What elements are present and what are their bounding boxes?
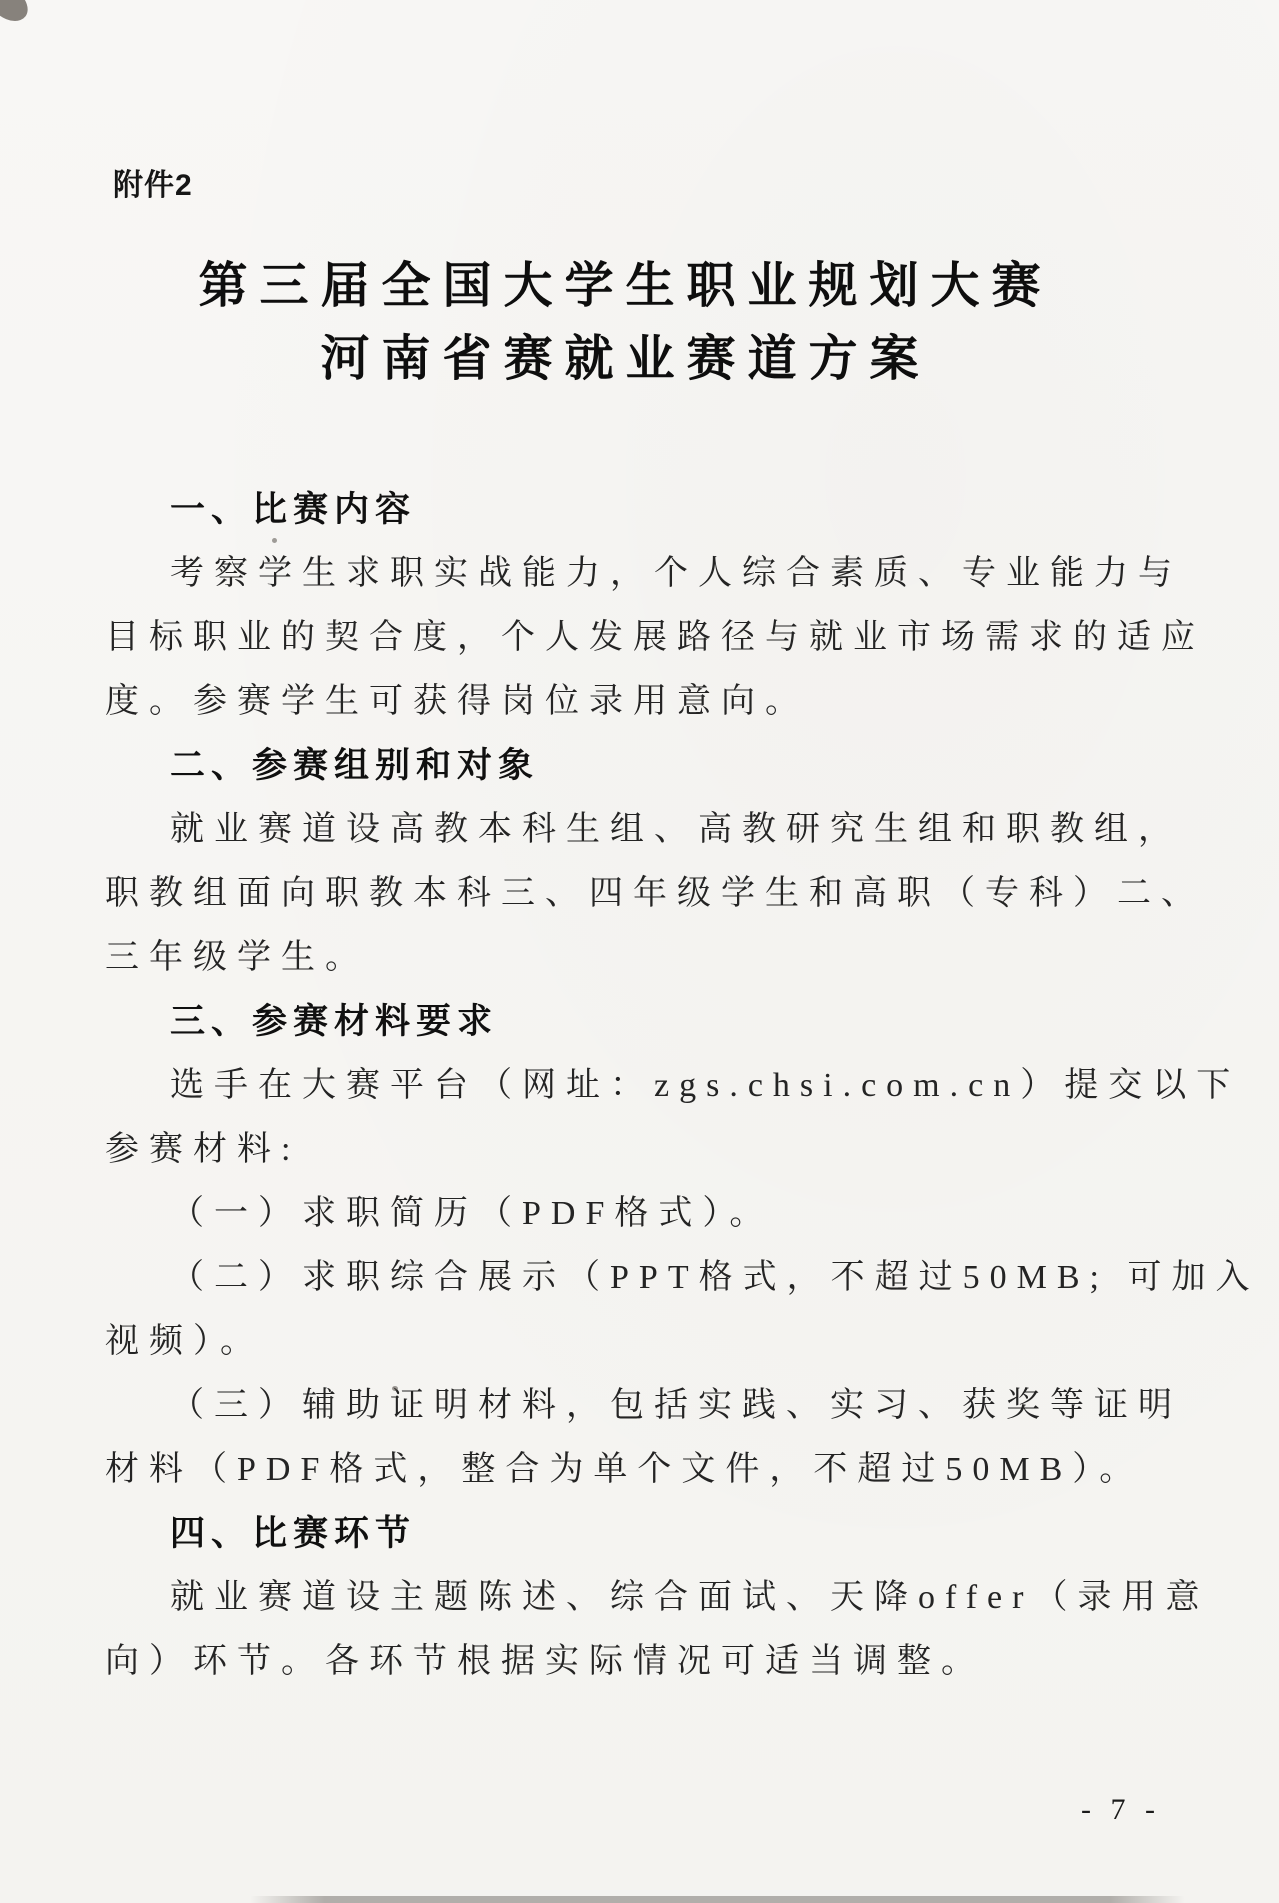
body-line: 就业赛道设高教本科生组、高教研究生组和职教组， [105, 798, 1175, 862]
scan-speck [272, 538, 277, 543]
page-number: - 7 - [1081, 1793, 1161, 1827]
scanned-document-page: 附件2 第三届全国大学生职业规划大赛 河南省赛就业赛道方案 一、比赛内容 考察学… [0, 0, 1279, 1903]
scan-corner-smudge [0, 0, 35, 28]
body-line: 考察学生求职实战能力，个人综合素质、专业能力与 [105, 542, 1175, 606]
scan-speck [392, 1386, 398, 1391]
document-title-line-1: 第三届全国大学生职业规划大赛 [0, 250, 1265, 323]
document-body: 一、比赛内容 考察学生求职实战能力，个人综合素质、专业能力与 目标职业的契合度，… [105, 478, 1175, 1694]
attachment-label: 附件2 [113, 160, 193, 204]
section-4-heading: 四、比赛环节 [105, 1502, 1175, 1566]
section-3-heading: 三、参赛材料要求 [105, 990, 1175, 1054]
body-line: 三年级学生。 [105, 926, 1175, 990]
body-line: 就业赛道设主题陈述、综合面试、天降offer（录用意 [105, 1566, 1175, 1630]
body-line: 视频）。 [105, 1310, 1175, 1374]
body-line: 参赛材料: [105, 1118, 1175, 1182]
section-1-heading: 一、比赛内容 [105, 478, 1175, 542]
body-line: 度。参赛学生可获得岗位录用意向。 [105, 670, 1175, 734]
body-line: 向）环节。各环节根据实际情况可适当调整。 [105, 1630, 1175, 1694]
body-line: 目标职业的契合度，个人发展路径与就业市场需求的适应 [105, 606, 1175, 670]
body-line: 职教组面向职教本科三、四年级学生和高职（专科）二、 [105, 862, 1175, 926]
body-line: 选手在大赛平台（网址：zgs.chsi.com.cn）提交以下 [105, 1054, 1175, 1118]
body-line: （二）求职综合展示（PPT格式，不超过50MB; 可加入 [105, 1246, 1175, 1310]
body-line: 材料（PDF格式，整合为单个文件，不超过50MB）。 [105, 1438, 1175, 1502]
document-title: 第三届全国大学生职业规划大赛 河南省赛就业赛道方案 [0, 250, 1265, 396]
body-line: （一）求职简历（PDF格式）。 [105, 1182, 1175, 1246]
document-title-line-2: 河南省赛就业赛道方案 [0, 323, 1265, 396]
scan-bottom-shadow [250, 1896, 1185, 1903]
body-line: （三）辅助证明材料，包括实践、实习、获奖等证明 [105, 1374, 1175, 1438]
section-2-heading: 二、参赛组别和对象 [105, 734, 1175, 798]
